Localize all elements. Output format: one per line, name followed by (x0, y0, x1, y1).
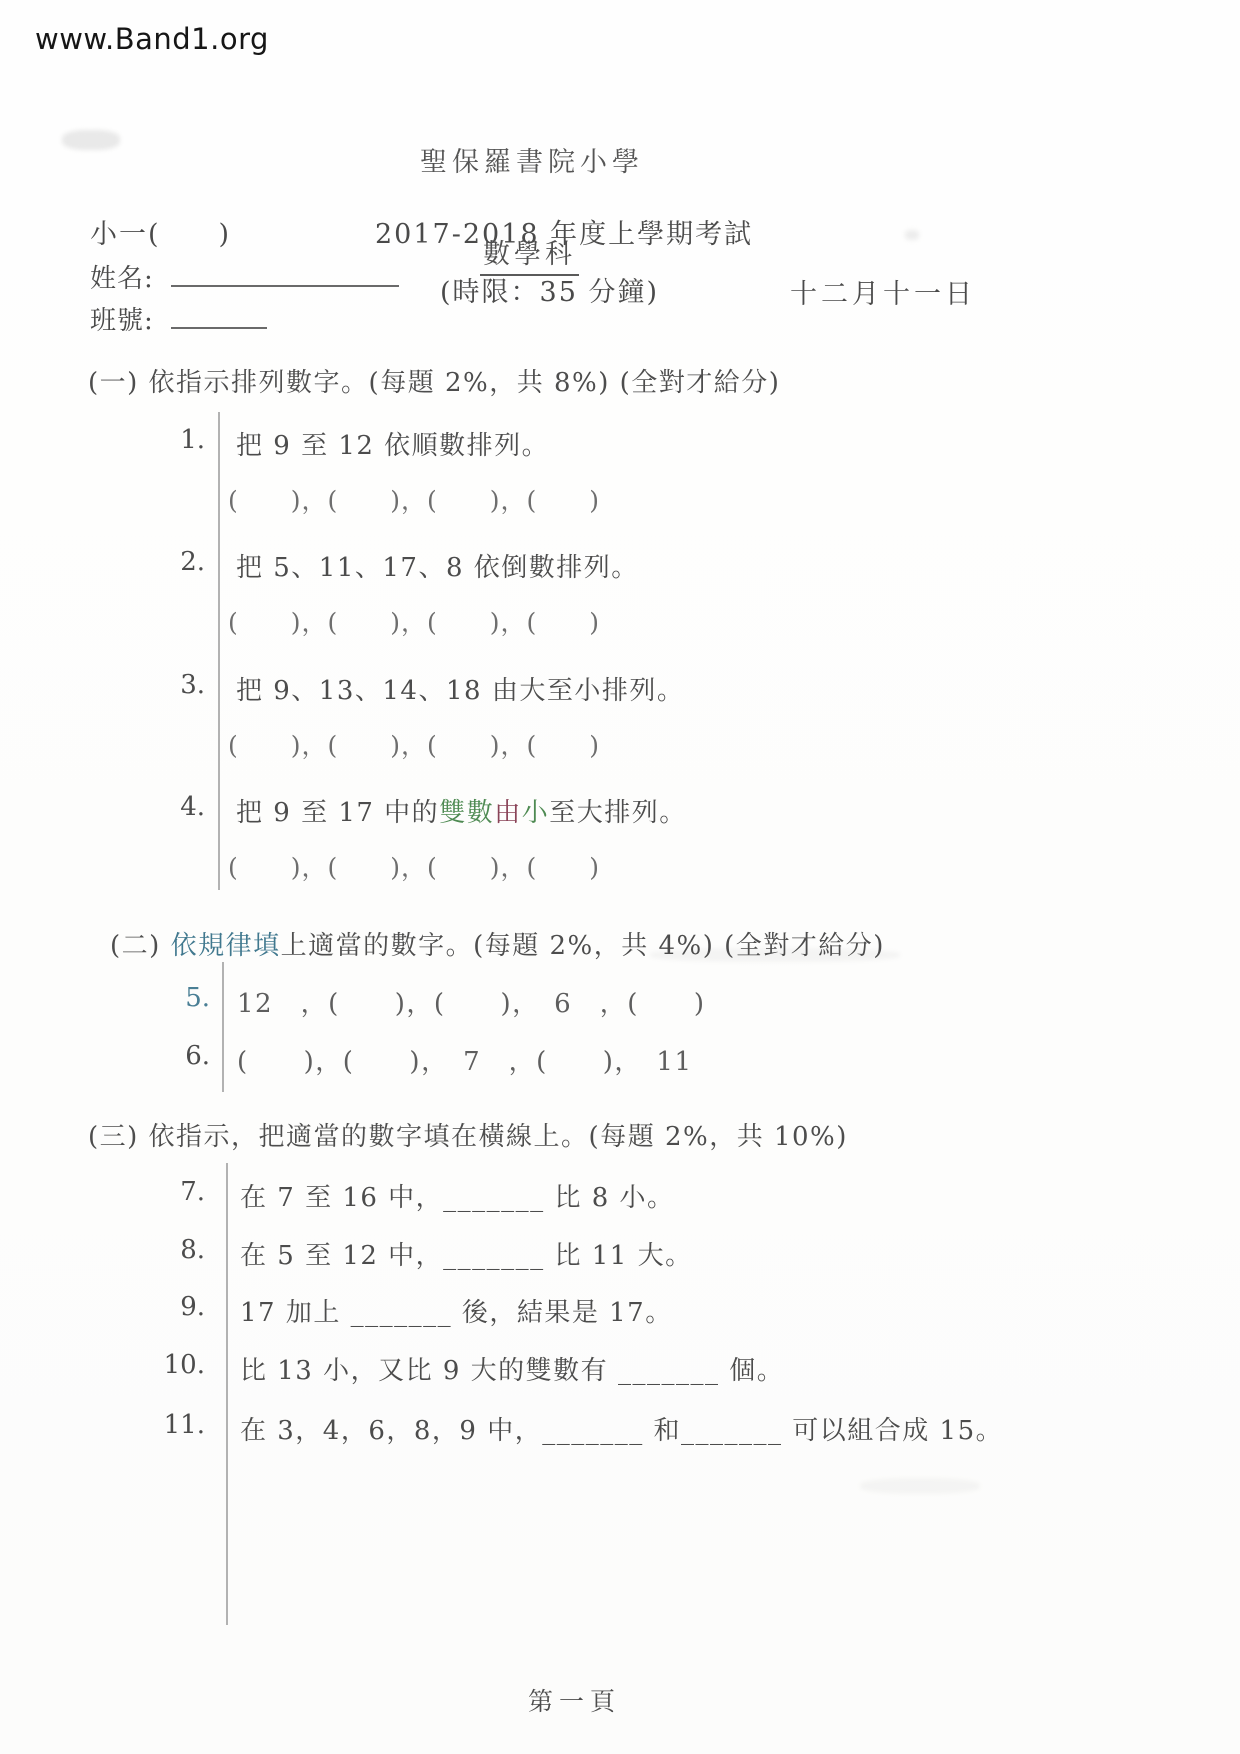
question-4-number: 4. (153, 792, 205, 822)
section-one-heading: (一) 依指示排列數字。(每題 2%，共 8%) (全對才給分) (88, 362, 780, 399)
site-watermark: www.Band1.org (35, 22, 269, 56)
scan-smudge (62, 130, 120, 150)
question-1-text: 把 9 至 12 依順數排列。 (236, 425, 549, 462)
question-8-number: 8. (153, 1235, 205, 1265)
name-label: 姓名: (90, 264, 154, 294)
name-blank-line (171, 261, 399, 287)
section-two-heading-highlight: 依規律填 (171, 931, 281, 961)
section-two-rule (222, 962, 224, 1092)
question-2-text: 把 5、11、17、8 依倒數排列。 (236, 547, 639, 584)
section-two-heading-rest: 上適當的數字。(每題 2%，共 4%) (全對才給分) (281, 931, 885, 961)
name-row: 姓名: (90, 258, 399, 295)
question-9-number: 9. (153, 1292, 205, 1322)
question-7-text: 在 7 至 16 中，_______ 比 8 小。 (240, 1177, 675, 1214)
question-4-highlight-from: 由 (494, 798, 522, 828)
question-4-text-part: 至大排列。 (549, 798, 687, 828)
question-7-number: 7. (153, 1177, 205, 1207)
exam-date: 十二月十一日 (790, 272, 976, 311)
class-number-label: 班號: (90, 306, 154, 336)
question-3-number: 3. (153, 670, 205, 700)
question-4-text-part: 把 9 至 17 中的 (236, 798, 439, 828)
question-1-answer-row: ( )，( )，( )，( ) (228, 481, 600, 517)
question-4-answer-row: ( )，( )，( )，( ) (228, 848, 600, 884)
question-10-number: 10. (153, 1350, 205, 1380)
question-1-number: 1. (153, 425, 205, 455)
class-field: 小一( ) (90, 212, 231, 251)
question-11-number: 11. (153, 1410, 205, 1440)
question-2-answer-row: ( )，( )，( )，( ) (228, 603, 600, 639)
scan-smudge (905, 230, 919, 240)
scan-smudge (860, 1478, 980, 1494)
question-6-text: ( )，( )， 7 ，( )， 11 (237, 1041, 693, 1078)
section-two-heading: (二) 依規律填上適當的數字。(每題 2%，共 4%) (全對才給分) (110, 925, 885, 962)
question-2-number: 2. (153, 547, 205, 577)
question-8-text: 在 5 至 12 中，_______ 比 11 大。 (240, 1235, 693, 1272)
section-three-heading: (三) 依指示，把適當的數字填在橫線上。(每題 2%，共 10%) (88, 1116, 848, 1153)
class-number-row: 班號: (90, 300, 267, 337)
question-6-number: 6. (158, 1041, 210, 1071)
question-10-text: 比 13 小，又比 9 大的雙數有 _______ 個。 (240, 1350, 784, 1387)
question-11-text: 在 3，4，6，8，9 中，_______ 和_______ 可以組合成 15。 (240, 1410, 1003, 1447)
exam-paper-page: www.Band1.org 聖保羅書院小學 小一( ) 2017-2018 年度… (0, 0, 1240, 1754)
question-3-answer-row: ( )，( )，( )，( ) (228, 726, 600, 762)
section-one-rule (218, 412, 220, 890)
question-5-number: 5. (158, 983, 210, 1013)
time-limit: (時限：35 分鐘) (440, 270, 659, 309)
question-5-text: 12 ，( )，( )， 6 ，( ) (237, 983, 706, 1020)
question-4-highlight-even-numbers: 雙數 (439, 798, 494, 828)
question-9-text: 17 加上 _______ 後，結果是 17。 (240, 1292, 673, 1329)
question-3-text: 把 9、13、14、18 由大至小排列。 (236, 670, 684, 707)
question-4-text: 把 9 至 17 中的雙數由小至大排列。 (236, 792, 687, 829)
question-4-highlight-small: 小 (522, 798, 550, 828)
class-number-blank-line (171, 303, 267, 329)
section-two-heading-prefix: (二) (110, 931, 171, 961)
school-name: 聖保羅書院小學 (420, 140, 644, 179)
page-number-footer: 第一頁 (528, 1682, 621, 1718)
section-three-rule (226, 1163, 228, 1625)
